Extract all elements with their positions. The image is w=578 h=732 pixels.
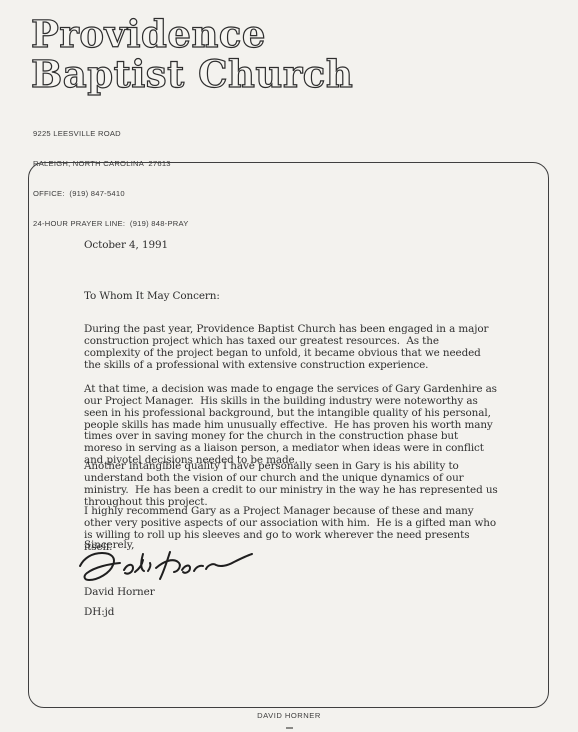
address-line-street: 9225 LEESVILLE ROAD — [33, 129, 189, 139]
footer-tick-mark — [286, 727, 293, 729]
letter-paragraph-2: At that time, a decision was made to eng… — [84, 384, 498, 466]
church-name-line1: Providence — [31, 14, 353, 54]
church-name-line2: Baptist Church — [31, 54, 353, 94]
scanned-letter-page: Providence Baptist Church 9225 LEESVILLE… — [0, 0, 578, 732]
typed-signature-name: David Horner — [84, 587, 498, 599]
letter-date: October 4, 1991 — [84, 240, 498, 252]
reference-initials: DH:jd — [84, 607, 498, 619]
footer-caption: DAVID HORNER — [0, 711, 578, 720]
letter-paragraph-3: Another intangible quality I have person… — [84, 461, 498, 508]
letter-salutation: To Whom It May Concern: — [84, 291, 498, 303]
letter-paragraph-1: During the past year, Providence Baptist… — [84, 324, 498, 371]
church-logo: Providence Baptist Church — [31, 14, 353, 94]
